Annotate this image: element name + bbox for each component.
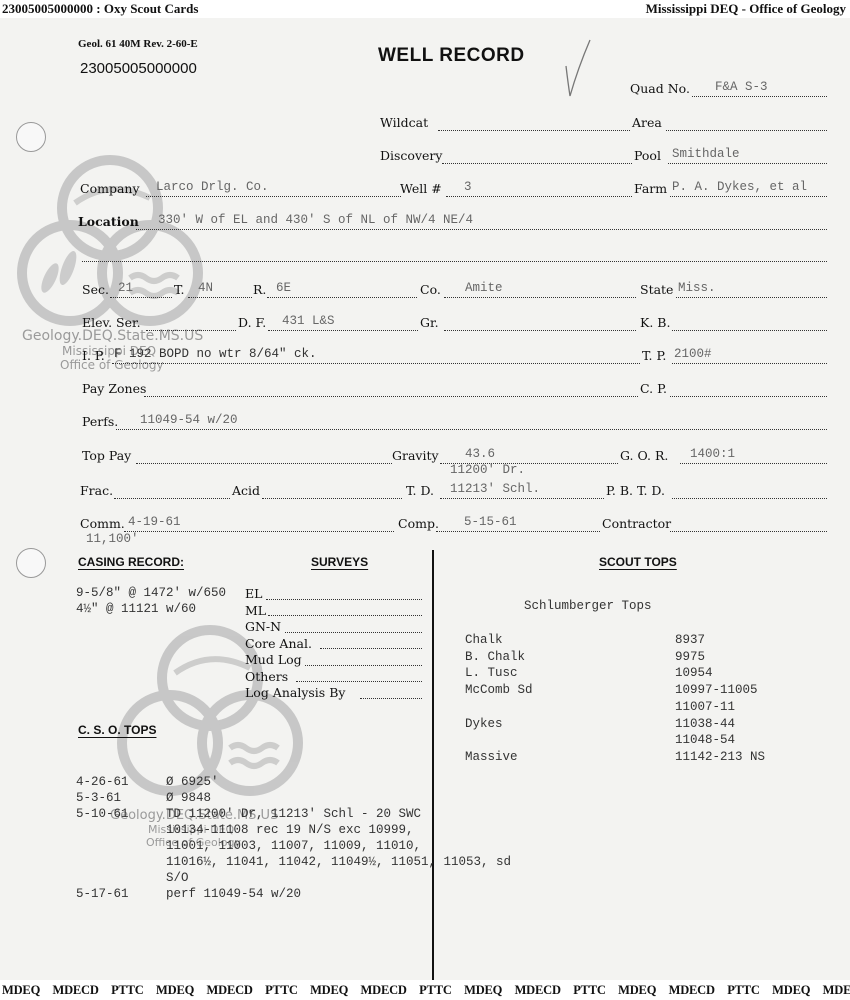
cso-row: 4-26-61Ø 6925' xyxy=(76,774,511,790)
location-value: 330' W of EL and 430' S of NL of NW/4 NE… xyxy=(158,213,473,227)
scout-tops-subheading: Schlumberger Tops xyxy=(524,599,652,613)
form-number: Geol. 61 40M Rev. 2-60-E xyxy=(78,38,198,50)
td-label: T. D. xyxy=(406,483,434,498)
section-divider xyxy=(432,550,434,980)
rng-label: R. xyxy=(253,282,266,297)
cso-tops-heading: C. S. O. TOPS xyxy=(78,723,156,737)
cso-row: S/O xyxy=(76,870,511,886)
cso-tops-list: 4-26-61Ø 6925' 5-3-61Ø 9848 5-10-61TD 11… xyxy=(76,774,511,902)
tp-label: T. P. xyxy=(642,348,666,363)
comm-note: 11,100' xyxy=(86,532,139,546)
pool-label: Pool xyxy=(634,148,661,163)
wildcat-label: Wildcat xyxy=(380,115,428,130)
gravity-value: 43.6 xyxy=(465,447,495,461)
county-value: Amite xyxy=(465,281,503,295)
farm-label: Farm xyxy=(634,181,667,196)
location-label: Location xyxy=(78,214,139,229)
casing-row: 4½" @ 11121 w/60 xyxy=(76,602,196,616)
survey-item-log-analysis: Log Analysis By xyxy=(245,685,345,702)
punch-hole-icon xyxy=(16,122,46,152)
survey-item-el: EL xyxy=(245,586,345,603)
check-mark-icon xyxy=(562,38,592,98)
elev-ser-label: Elev. Ser. xyxy=(82,315,141,330)
state-value: Miss. xyxy=(678,281,716,295)
company-value: Larco Drlg. Co. xyxy=(156,180,269,194)
state-label: State xyxy=(640,282,673,297)
api-number: 23005005000000 xyxy=(80,60,197,77)
scout-top-row: L. Tusc10954 xyxy=(465,665,765,682)
quad-no-value: F&A S-3 xyxy=(715,80,768,94)
cso-row: 5-3-61Ø 9848 xyxy=(76,790,511,806)
cso-row: 11016½, 11041, 11042, 11049½, 11051, 110… xyxy=(76,854,511,870)
td-value-line2: 11213' Schl. xyxy=(450,482,540,496)
casing-record-heading: CASING RECORD: xyxy=(78,555,184,569)
survey-item-ml: ML xyxy=(245,603,345,620)
scout-top-row: Massive11142-213 NS xyxy=(465,749,765,766)
sec-label: Sec. xyxy=(82,282,109,297)
top-pay-label: Top Pay xyxy=(82,448,131,463)
well-no-label: Well # xyxy=(400,181,442,196)
scout-tops-heading: SCOUT TOPS xyxy=(599,555,677,569)
contractor-label: Contractor xyxy=(602,516,671,531)
ip-value: F 192 BOPD no wtr 8/64" ck. xyxy=(114,347,317,361)
scout-top-row: Chalk8937 xyxy=(465,632,765,649)
perfs-label: Perfs. xyxy=(82,414,118,429)
gor-label: G. O. R. xyxy=(620,448,668,463)
scout-top-row: 11007-11 xyxy=(465,699,765,716)
well-no-value: 3 xyxy=(464,180,472,194)
farm-value: P. A. Dykes, et al xyxy=(672,180,807,194)
discovery-label: Discovery xyxy=(380,148,442,163)
well-record-card: Geology.DEQ.State.MS.US Mississippi DEQ … xyxy=(0,18,850,980)
county-label: Co. xyxy=(420,282,441,297)
scout-top-row: McComb Sd10997-11005 xyxy=(465,682,765,699)
comm-label: Comm. xyxy=(80,516,125,531)
comm-value: 4-19-61 xyxy=(128,515,181,529)
scout-tops-table: Chalk8937 B. Chalk9975 L. Tusc10954 McCo… xyxy=(465,632,765,766)
company-label: Company xyxy=(80,181,140,196)
cp-label: C. P. xyxy=(640,381,667,396)
df-label: D. F. xyxy=(238,315,266,330)
page-title: WELL RECORD xyxy=(378,45,525,67)
frac-label: Frac. xyxy=(80,483,113,498)
pool-value: Smithdale xyxy=(672,147,740,161)
cso-row: 10134-11108 rec 19 N/S exc 10999, xyxy=(76,822,511,838)
survey-item-mud-log: Mud Log xyxy=(245,652,345,669)
surveys-list: EL ML GN-N Core Anal. Mud Log Others Log… xyxy=(245,586,345,702)
punch-hole-icon xyxy=(16,548,46,578)
survey-item-core-anal: Core Anal. xyxy=(245,636,345,653)
twp-value: 4N xyxy=(198,281,213,295)
twp-label: T. xyxy=(174,282,184,297)
survey-item-others: Others xyxy=(245,669,345,686)
mdeq-logo-watermark-icon xyxy=(10,148,210,338)
area-label: Area xyxy=(632,115,662,130)
scout-top-row: B. Chalk9975 xyxy=(465,649,765,666)
pay-zones-label: Pay Zones xyxy=(82,381,146,396)
cso-row: 5-10-61TD 11200' Dr, 11213' Schl - 20 SW… xyxy=(76,806,511,822)
pbtd-label: P. B. T. D. xyxy=(606,483,665,498)
scout-top-row: Dykes11038-44 xyxy=(465,716,765,733)
page-footer: MDEQ MDECD PTTC MDEQ MDECD PTTC MDEQ MDE… xyxy=(0,980,850,1000)
cso-row: 11001, 11003, 11007, 11009, 11010, xyxy=(76,838,511,854)
sec-value: 21 xyxy=(118,281,133,295)
gravity-label: Gravity xyxy=(392,448,439,463)
scout-top-row: 11048-54 xyxy=(465,732,765,749)
page-header: 23005005000000 : Oxy Scout Cards Mississ… xyxy=(0,0,850,18)
cso-row: 5-17-61perf 11049-54 w/20 xyxy=(76,886,511,902)
casing-row: 9-5/8" @ 1472' w/650 xyxy=(76,586,226,600)
rng-value: 6E xyxy=(276,281,291,295)
df-value: 431 L&S xyxy=(282,314,335,328)
acid-label: Acid xyxy=(232,483,260,498)
tp-value: 2100# xyxy=(674,347,712,361)
ip-label: I. P. xyxy=(82,348,105,363)
perfs-value: 11049-54 w/20 xyxy=(140,413,238,427)
gr-label: Gr. xyxy=(420,315,439,330)
header-title-right: Mississippi DEQ - Office of Geology xyxy=(646,1,846,17)
surveys-heading: SURVEYS xyxy=(311,555,368,569)
comp-value: 5-15-61 xyxy=(464,515,517,529)
kb-label: K. B. xyxy=(640,315,670,330)
header-title-left: 23005005000000 : Oxy Scout Cards xyxy=(2,1,198,17)
survey-item-gn-n: GN-N xyxy=(245,619,345,636)
quad-no-label: Quad No. xyxy=(630,81,690,96)
td-value-line1: 11200' Dr. xyxy=(450,463,525,477)
gor-value: 1400:1 xyxy=(690,447,735,461)
comp-label: Comp. xyxy=(398,516,439,531)
